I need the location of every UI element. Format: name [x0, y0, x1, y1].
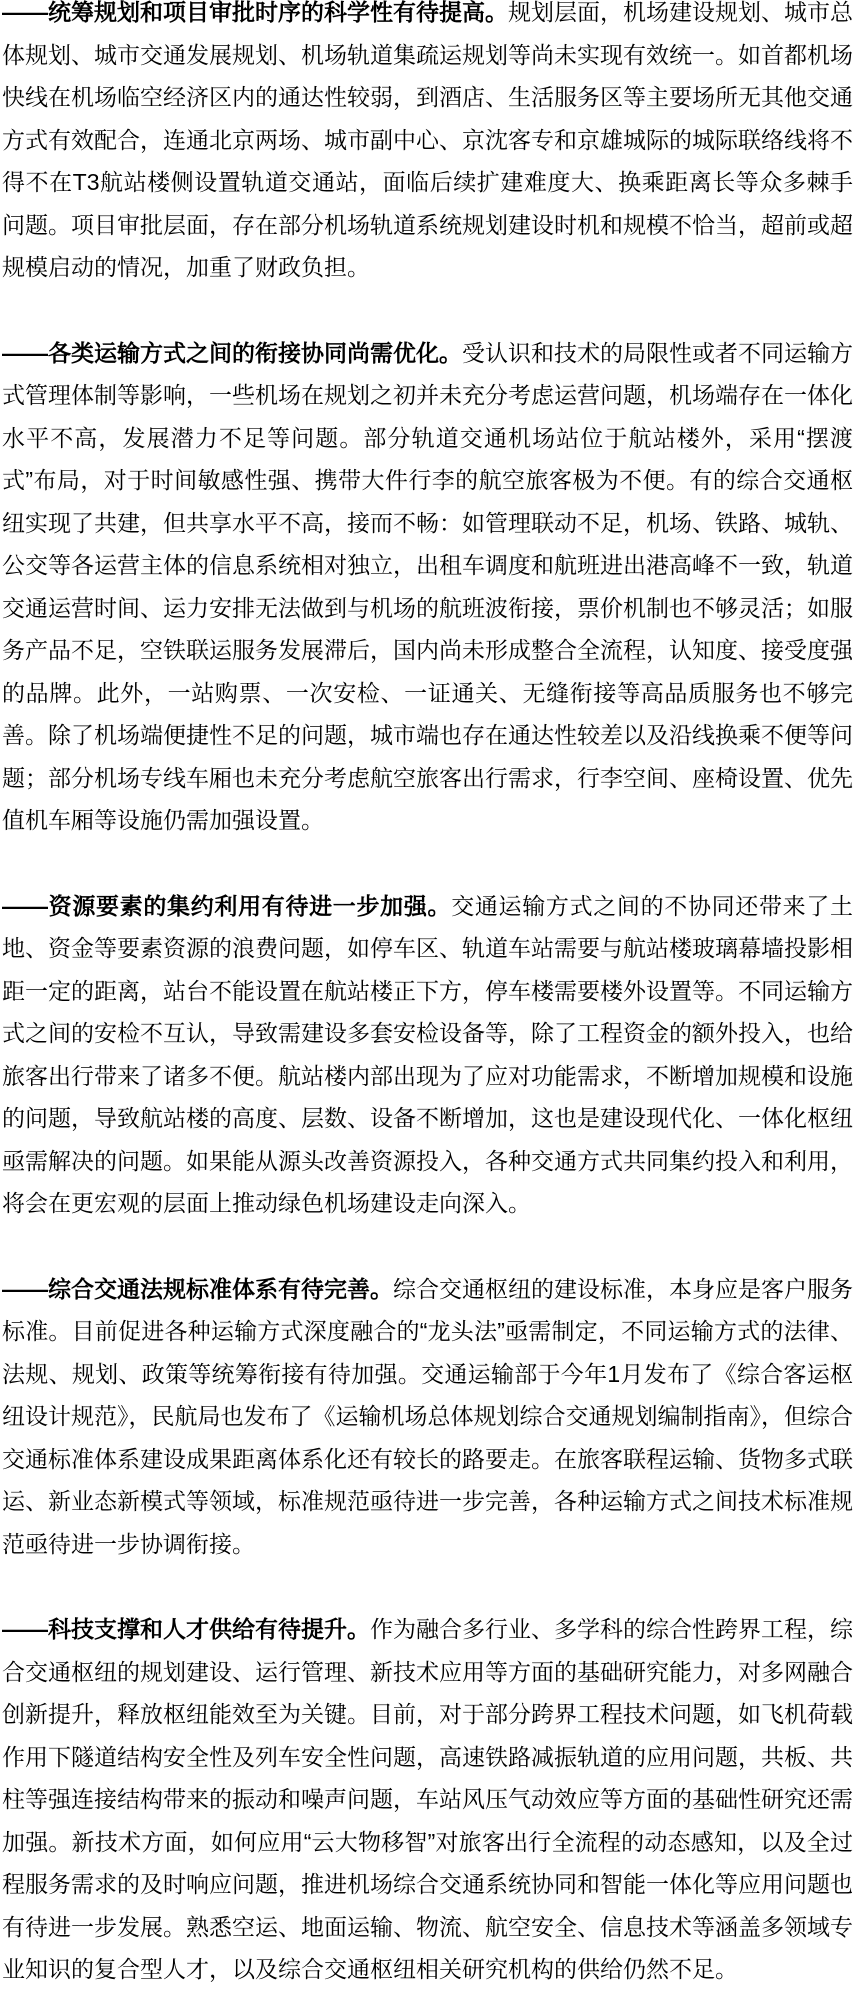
paragraph-heading: ——各类运输方式之间的衔接协同尚需优化。: [2, 340, 462, 366]
paragraph-transport-coordination: ——各类运输方式之间的衔接协同尚需优化。受认识和技术的局限性或者不同运输方式管理…: [2, 332, 853, 842]
paragraph-heading: ——科技支撑和人才供给有待提升。: [2, 1616, 370, 1642]
paragraph-text: 交通运输方式之间的不协同还带来了土地、资金等要素资源的浪费问题，如停车区、轨道车…: [2, 893, 853, 1217]
paragraph-resource-utilization: ——资源要素的集约利用有待进一步加强。交通运输方式之间的不协同还带来了土地、资金…: [2, 885, 853, 1225]
paragraph-planning-approval: ——统筹规划和项目审批时序的科学性有待提高。规划层面，机场建设规划、城市总体规划…: [2, 0, 853, 289]
paragraph-heading: ——综合交通法规标准体系有待完善。: [2, 1276, 393, 1302]
paragraph-legal-standards: ——综合交通法规标准体系有待完善。综合交通枢纽的建设标准，本身应是客户服务标准。…: [2, 1268, 853, 1566]
article-body: ——统筹规划和项目审批时序的科学性有待提高。规划层面，机场建设规划、城市总体规划…: [0, 0, 855, 1991]
paragraph-text: 综合交通枢纽的建设标准，本身应是客户服务标准。目前促进各种运输方式深度融合的“龙…: [2, 1276, 853, 1557]
paragraph-heading: ——统筹规划和项目审批时序的科学性有待提高。: [2, 0, 508, 25]
paragraph-text: 规划层面，机场建设规划、城市总体规划、城市交通发展规划、机场轨道集疏运规划等尚未…: [2, 0, 853, 280]
paragraph-text: 作为融合多行业、多学科的综合性跨界工程，综合交通枢纽的规划建设、运行管理、新技术…: [2, 1616, 853, 1982]
paragraph-text: 受认识和技术的局限性或者不同运输方式管理体制等影响，一些机场在规划之初并未充分考…: [2, 340, 853, 834]
paragraph-heading: ——资源要素的集约利用有待进一步加强。: [2, 893, 451, 919]
paragraph-tech-talent: ——科技支撑和人才供给有待提升。作为融合多行业、多学科的综合性跨界工程，综合交通…: [2, 1608, 853, 1991]
